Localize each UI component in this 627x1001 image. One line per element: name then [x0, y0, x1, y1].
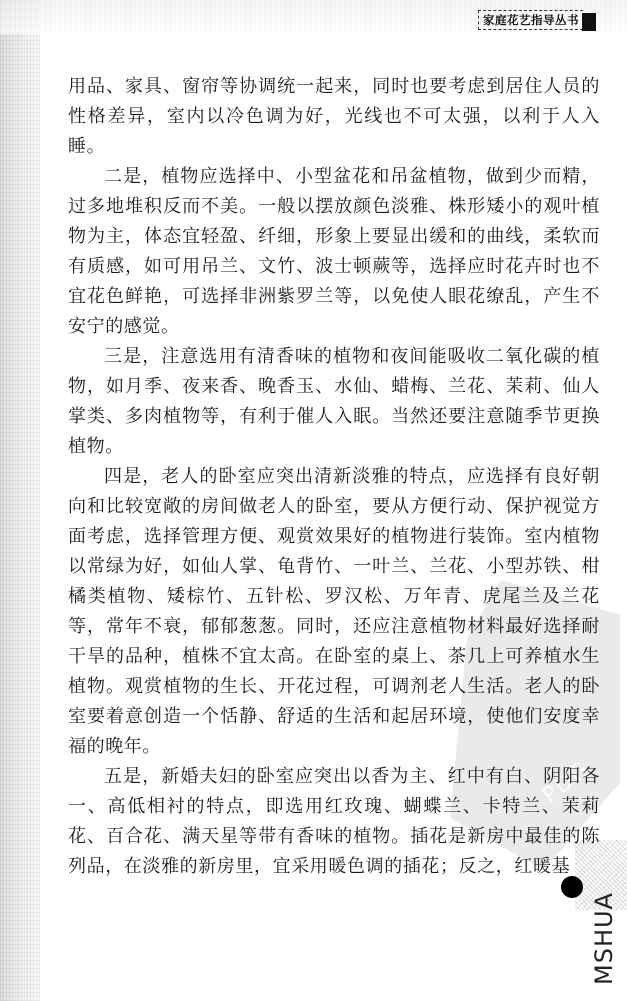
scan-dot [561, 876, 583, 898]
paragraph-5: 五是，新婚夫妇的卧室应突出以香为主、红中有白、阴阳各一、高低相衬的特点，即选用红… [68, 762, 600, 882]
paragraph-2: 二是，植物应选择中、小型盆花和吊盆植物，做到少而精，过多地堆积反而不美。一般以摆… [68, 162, 600, 342]
paragraph-3: 三是，注意选用有清香味的植物和夜间能吸收二氧化碳的植物，如月季、夜来香、晚香玉、… [68, 342, 600, 462]
scan-edge-left [0, 0, 40, 1001]
series-title: 家庭花艺指导丛书 [478, 10, 583, 30]
header-marker-block [582, 13, 596, 31]
page-body: 用品、家具、窗帘等协调统一起来，同时也要考虑到居住人员的性格差异，室内以冷色调为… [68, 72, 600, 882]
side-watermark: MSHUA [590, 892, 618, 985]
running-header: 家庭花艺指导丛书 [478, 10, 596, 30]
paragraph-1: 用品、家具、窗帘等协调统一起来，同时也要考虑到居住人员的性格差异，室内以冷色调为… [68, 72, 600, 162]
paragraph-4: 四是，老人的卧室应突出清新淡雅的特点，应选择有良好朝向和比较宽敞的房间做老人的卧… [68, 462, 600, 762]
